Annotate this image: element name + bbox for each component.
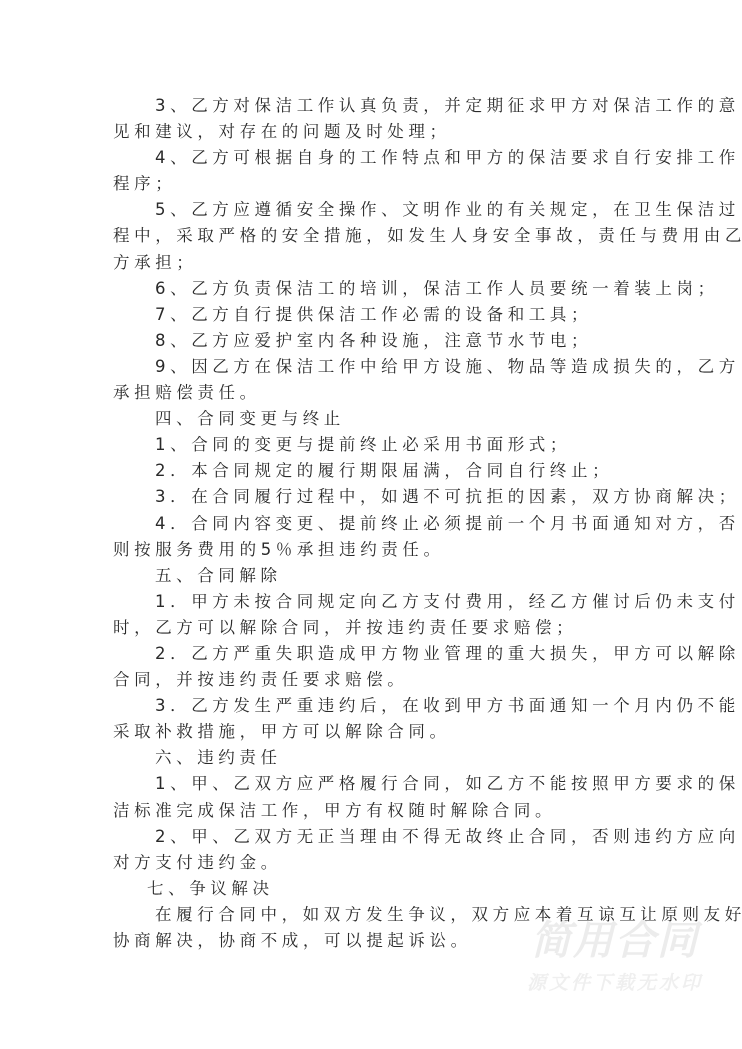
section-4-heading: 四、合同变更与终止 [113, 406, 643, 432]
clause-5-line-2: 程中，采取严格的安全措施，如发生人身安全事故，责任与费用由乙 [113, 223, 643, 249]
section-5-item-3-line-2: 采取补救措施，甲方可以解除合同。 [113, 719, 643, 745]
section-6-item-2-line-1: 2、甲、乙双方无正当理由不得无故终止合同，否则违约方应向 [113, 824, 643, 850]
contract-body: 3、乙方对保洁工作认真负责，并定期征求甲方对保洁工作的意 见和建议，对存在的问题… [113, 93, 643, 954]
clause-7: 7、乙方自行提供保洁工作必需的设备和工具； [113, 302, 643, 328]
clause-9-line-2: 承担赔偿责任。 [113, 380, 643, 406]
section-6-heading: 六、违约责任 [113, 745, 643, 771]
section-5-item-1-line-1: 1．甲方未按合同规定向乙方支付费用，经乙方催讨后仍未支付 [113, 589, 643, 615]
clause-5-line-1: 5、乙方应遵循安全操作、文明作业的有关规定，在卫生保洁过 [113, 197, 643, 223]
section-7-body-line-2: 协商解决，协商不成，可以提起诉讼。 [113, 928, 643, 954]
document-page: 3、乙方对保洁工作认真负责，并定期征求甲方对保洁工作的意 见和建议，对存在的问题… [0, 0, 742, 1049]
clause-4-line-2: 程序； [113, 171, 643, 197]
section-4-item-3: 3．在合同履行过程中，如遇不可抗拒的因素，双方协商解决； [113, 484, 643, 510]
clause-4-line-1: 4、乙方可根据自身的工作特点和甲方的保洁要求自行安排工作 [113, 145, 643, 171]
section-6-item-2-line-2: 对方支付违约金。 [113, 850, 643, 876]
section-5-item-2-line-2: 合同，并按违约责任要求赔偿。 [113, 667, 643, 693]
clause-3-line-2: 见和建议，对存在的问题及时处理； [113, 119, 643, 145]
clause-5-line-3: 方承担； [113, 250, 643, 276]
clause-8: 8、乙方应爱护室内各种设施，注意节水节电； [113, 328, 643, 354]
section-7-body-line-1: 在履行合同中，如双方发生争议，双方应本着互谅互让原则友好 [113, 902, 643, 928]
clause-9-line-1: 9、因乙方在保洁工作中给甲方设施、物品等造成损失的，乙方 [113, 354, 643, 380]
section-6-item-1-line-1: 1、甲、乙双方应严格履行合同，如乙方不能按照甲方要求的保 [113, 771, 643, 797]
section-5-item-1-line-2: 时，乙方可以解除合同，并按违约责任要求赔偿； [113, 615, 643, 641]
section-5-heading: 五、合同解除 [113, 563, 643, 589]
section-5-item-2-line-1: 2．乙方严重失职造成甲方物业管理的重大损失，甲方可以解除 [113, 641, 643, 667]
clause-3-line-1: 3、乙方对保洁工作认真负责，并定期征求甲方对保洁工作的意 [113, 93, 643, 119]
clause-6: 6、乙方负责保洁工的培训，保洁工作人员要统一着装上岗； [113, 276, 643, 302]
section-5-item-3-line-1: 3．乙方发生严重违约后，在收到甲方书面通知一个月内仍不能 [113, 693, 643, 719]
section-4-item-4-line-1: 4．合同内容变更、提前终止必须提前一个月书面通知对方，否 [113, 511, 643, 537]
section-4-item-1: 1、合同的变更与提前终止必采用书面形式； [113, 432, 643, 458]
section-4-item-2: 2．本合同规定的履行期限届满，合同自行终止； [113, 458, 643, 484]
section-7-heading: 七、争议解决 [113, 876, 643, 902]
section-4-item-4-line-2: 则按服务费用的5％承担违约责任。 [113, 537, 643, 563]
section-6-item-1-line-2: 洁标准完成保洁工作，甲方有权随时解除合同。 [113, 798, 643, 824]
watermark-tagline: 源文件下载无水印 [510, 968, 720, 995]
